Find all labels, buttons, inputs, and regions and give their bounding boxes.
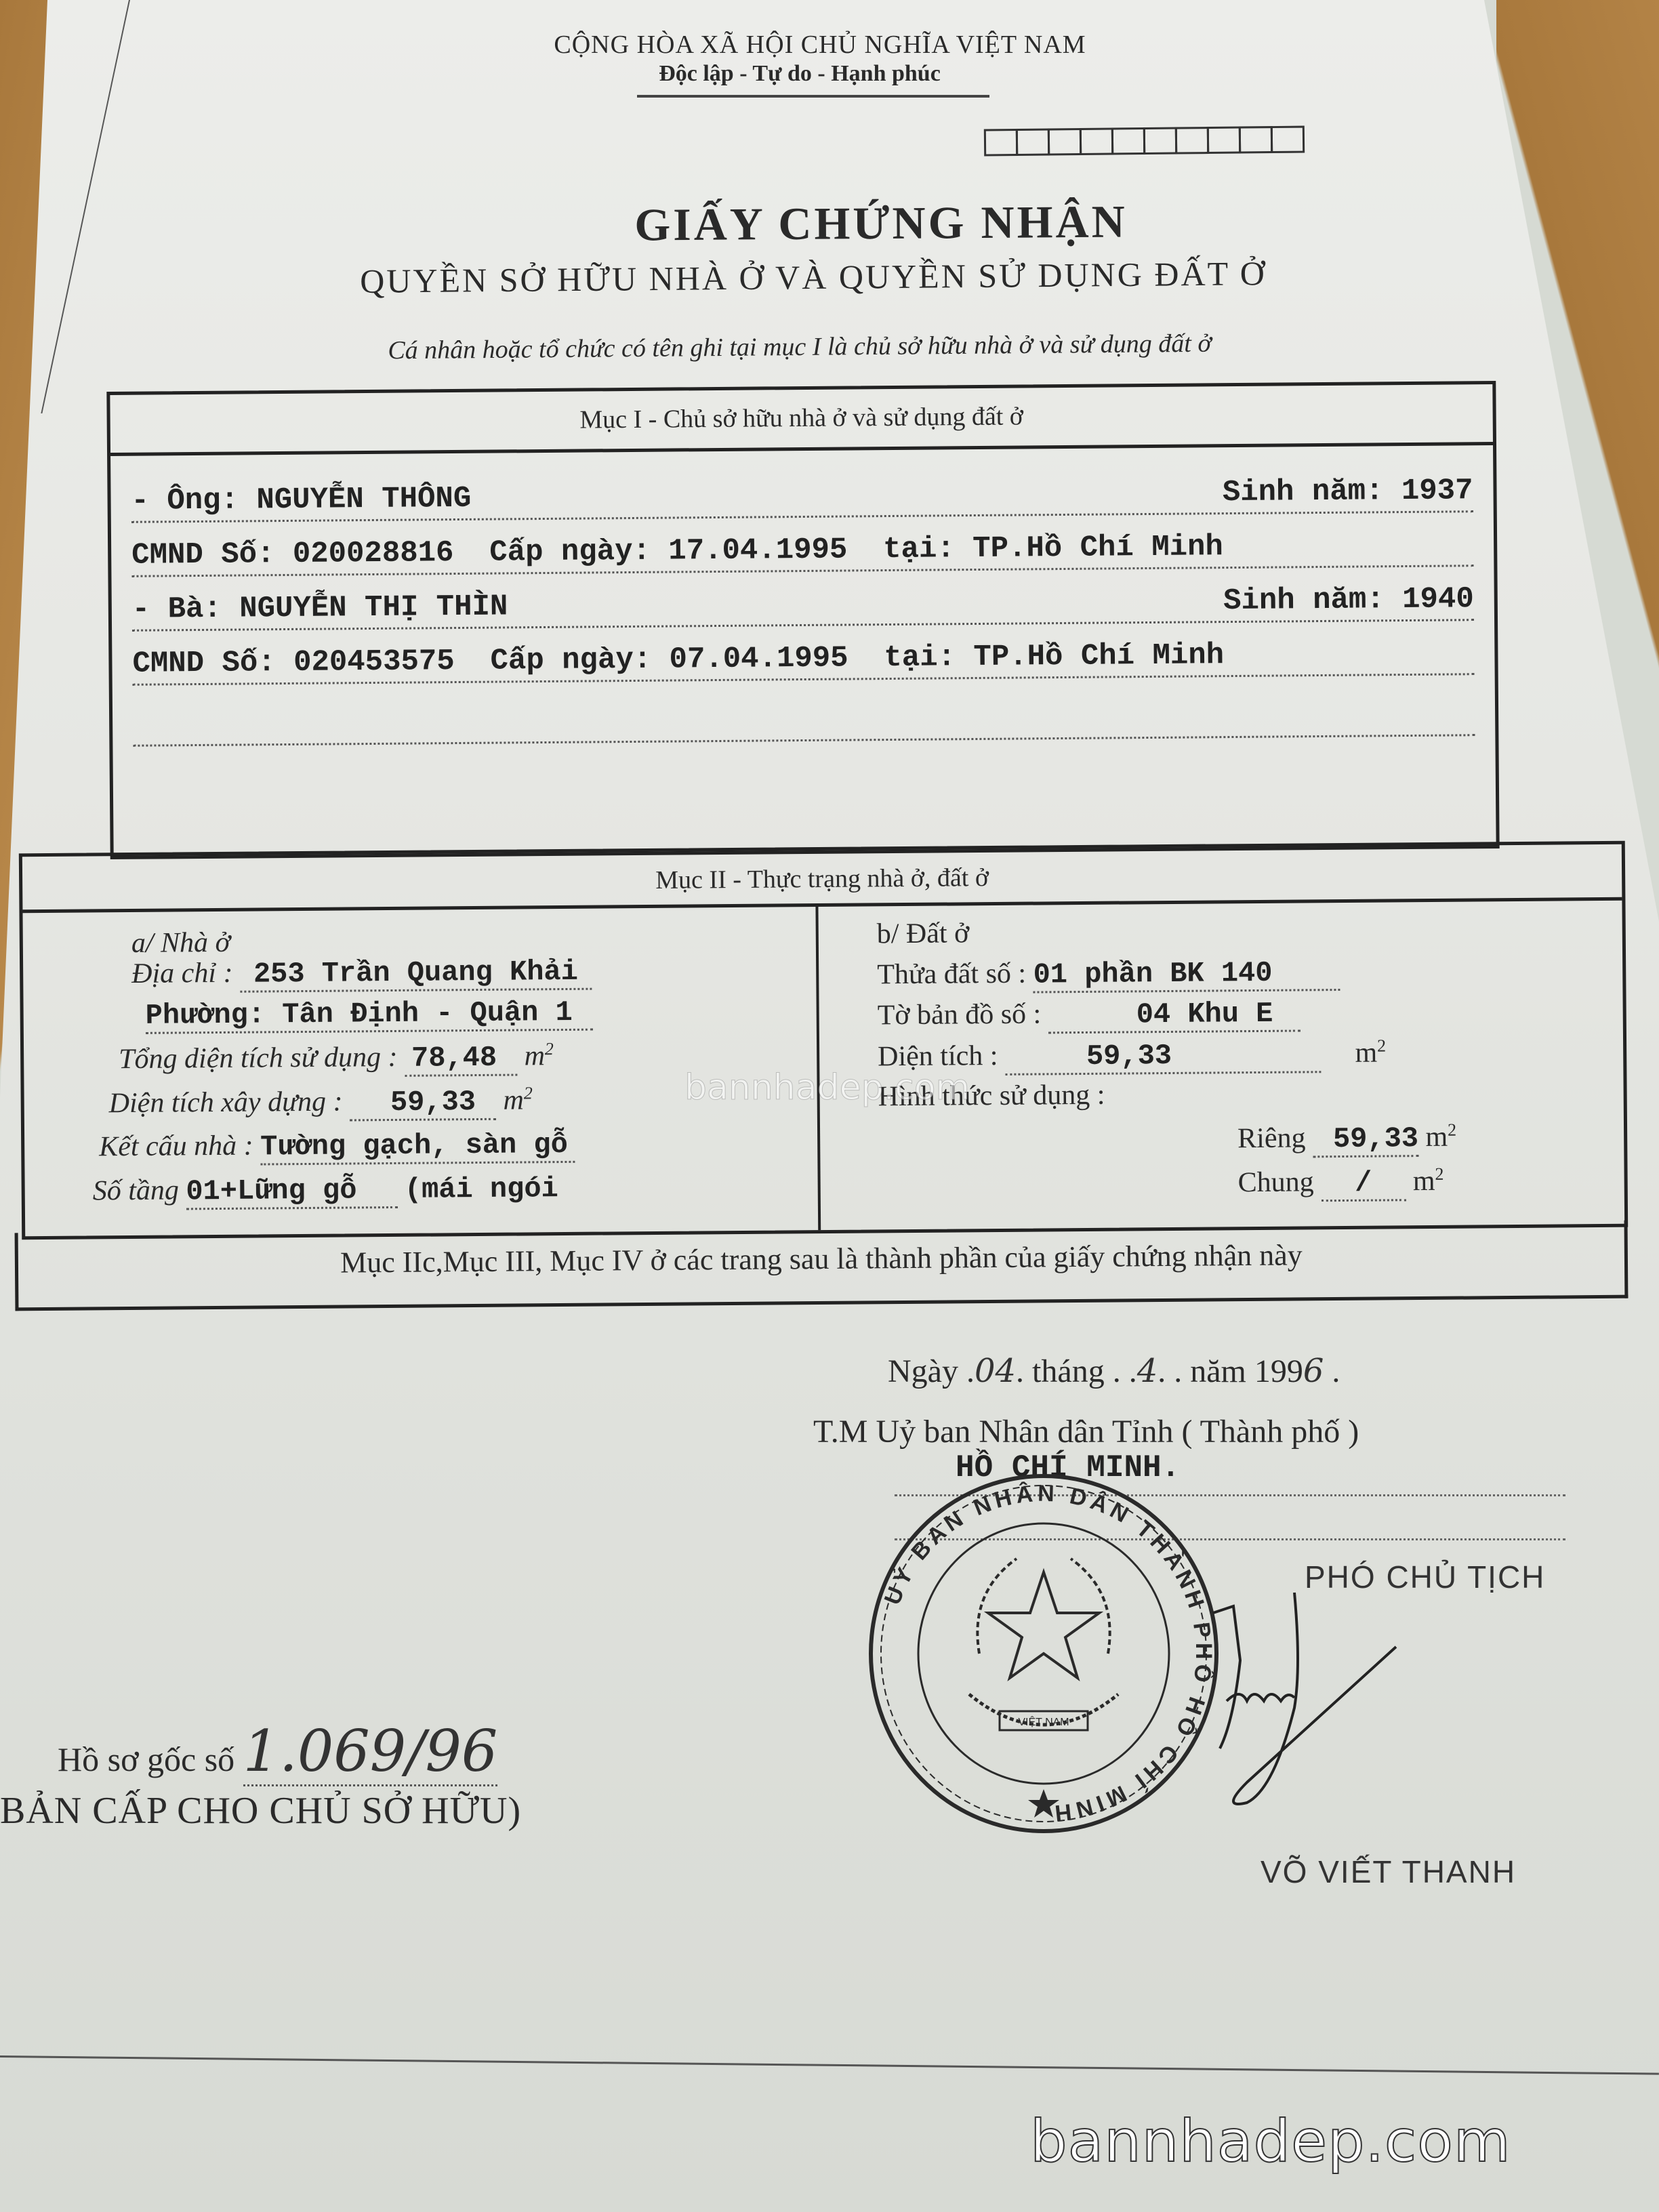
section-owners: Mục I - Chủ sở hữu nhà ở và sử dụng đất … xyxy=(106,381,1499,859)
owner-1-id: CMND Số: 020028816 Cấp ngày: 17.04.1995 … xyxy=(131,530,1223,573)
private-label: Riêng xyxy=(1237,1122,1306,1154)
section-owners-heading: Mục I - Chủ sở hữu nhà ở và sử dụng đất … xyxy=(110,398,1493,438)
structure-label: Kết cấu nhà : xyxy=(99,1130,253,1163)
issue-year-digit: 6 xyxy=(1303,1352,1324,1390)
floors-label: Số tầng xyxy=(93,1174,180,1206)
record-number-value: 1.069/96 xyxy=(243,1718,498,1786)
unit: m xyxy=(1425,1122,1448,1153)
owner-1-issue-date: 17.04.1995 xyxy=(668,533,847,568)
national-title: CỘNG HÒA XÃ HỘI CHỦ NGHĨA VIỆT NAM xyxy=(488,30,1152,60)
land-parcel: Thửa đất số : 01 phần BK 140 xyxy=(877,955,1340,992)
birth-label: Sinh năm: xyxy=(1223,583,1385,618)
serial-box xyxy=(1175,127,1209,155)
document-intro: Cá nhân hoặc tổ chức có tên ghi tại mục … xyxy=(203,327,1396,367)
unit: m xyxy=(1355,1038,1377,1069)
shared-area-value: / xyxy=(1321,1166,1406,1202)
serial-box xyxy=(1143,127,1177,155)
unit-sup: 2 xyxy=(1377,1036,1386,1055)
owner-1-birth: Sinh năm: 1937 xyxy=(1223,474,1473,510)
owner-1-name-row: - Ông: NGUYỄN THÔNG Sinh năm: 1937 xyxy=(131,472,1473,523)
unit-sup: 2 xyxy=(1448,1120,1456,1140)
date-end: . xyxy=(1324,1353,1340,1389)
signer-name: VÕ VIẾT THANH xyxy=(1261,1853,1516,1890)
issue-day: 04 xyxy=(975,1352,1016,1390)
unit: m xyxy=(503,1084,524,1115)
owner-2-id-number: 020453575 xyxy=(293,644,455,680)
watermark-faint: bannhadep.com xyxy=(684,1067,970,1108)
serial-box xyxy=(1207,127,1241,155)
official-seal-icon: UỶ BAN NHÂN DÂN THÀNH PHỐ HỒ CHÍ MINH VI… xyxy=(861,1471,1227,1837)
owner-2-issue-date: 07.04.1995 xyxy=(669,641,848,676)
land-map: Tờ bản đồ số : 04 Khu E xyxy=(878,996,1300,1033)
issue-label: Cấp ngày: xyxy=(490,643,651,678)
total-area-label: Tổng diện tích sử dụng : xyxy=(119,1042,398,1075)
section-note: Mục IIc,Mục III, Mục IV ở các trang sau … xyxy=(15,1221,1629,1311)
serial-box xyxy=(984,129,1018,157)
motto-underline xyxy=(637,95,989,98)
serial-box xyxy=(1016,128,1050,156)
day-label: Ngày . xyxy=(888,1353,975,1389)
issue-date: Ngày .04. tháng . .4. . năm 1996 . xyxy=(888,1352,1340,1390)
owner-1-name: - Ông: NGUYỄN THÔNG xyxy=(131,482,471,518)
roof-value: (mái ngói xyxy=(405,1172,558,1206)
id-label: CMND Số: xyxy=(131,537,275,573)
serial-number-boxes xyxy=(986,126,1305,157)
national-motto: Độc lập - Tự do - Hạnh phúc xyxy=(596,61,1003,87)
land-heading: b/ Đất ở xyxy=(877,917,970,950)
issuing-authority: T.M Uỷ ban Nhân dân Tỉnh ( Thành phố ) xyxy=(813,1413,1359,1450)
unit-sup: 2 xyxy=(524,1083,533,1103)
map-value: 04 Khu E xyxy=(1048,997,1300,1033)
serial-box xyxy=(1048,128,1082,156)
house-built-area: Diện tích xây dựng : 59,33 m2 xyxy=(109,1083,533,1121)
unit: m xyxy=(1413,1166,1435,1197)
section-note-text: Mục IIc,Mục III, Mục IV ở các trang sau … xyxy=(18,1235,1624,1283)
owner-2-id-row: CMND Số: 020453575 Cấp ngày: 07.04.1995 … xyxy=(132,635,1474,686)
blank-row xyxy=(133,696,1475,747)
certificate-page: CỘNG HÒA XÃ HỘI CHỦ NGHĨA VIỆT NAM Độc l… xyxy=(0,0,1659,2212)
signature-icon xyxy=(1206,1586,1491,1830)
owner-2-birth: Sinh năm: 1940 xyxy=(1223,582,1474,618)
land-shared: Chung / m2 xyxy=(1237,1164,1443,1200)
serial-box xyxy=(1080,127,1113,155)
document-subtitle: QUYỀN SỞ HỮU NHÀ Ở VÀ QUYỀN SỬ DỤNG ĐẤT … xyxy=(203,252,1423,302)
map-label: Tờ bản đồ số : xyxy=(878,998,1042,1031)
year-label: . . năm 199 xyxy=(1158,1353,1303,1389)
ward-value: Phường: Tân Định - Quận 1 xyxy=(145,996,592,1034)
built-area-label: Diện tích xây dựng : xyxy=(109,1086,343,1120)
serial-box xyxy=(1111,127,1145,155)
svg-text:VIỆT NAM: VIỆT NAM xyxy=(1018,1715,1069,1728)
id-label: CMND Số: xyxy=(132,646,276,681)
record-label: Hồ sơ gốc số xyxy=(58,1740,234,1778)
house-address: Địa chỉ : 253 Trần Quang Khải xyxy=(131,954,592,991)
built-area-value: 59,33 xyxy=(350,1086,496,1122)
owner-2-id: CMND Số: 020453575 Cấp ngày: 07.04.1995 … xyxy=(132,638,1224,681)
month-label: . tháng . . xyxy=(1016,1353,1137,1389)
unit-sup: 2 xyxy=(545,1039,554,1059)
issue-month: 4 xyxy=(1137,1352,1158,1390)
divider xyxy=(110,442,1493,456)
land-private: Riêng 59,33 m2 xyxy=(1237,1120,1456,1157)
issue-label: Cấp ngày: xyxy=(489,535,651,570)
address-value: 253 Trần Quang Khải xyxy=(240,956,592,993)
owner-1-id-number: 020028816 xyxy=(293,536,454,571)
owner-2-name: - Bà: NGUYỄN THỊ THÌN xyxy=(132,590,508,626)
owner-2-name-row: - Bà: NGUYỄN THỊ THÌN Sinh năm: 1940 xyxy=(132,581,1474,632)
serial-box xyxy=(1239,126,1273,154)
copy-note: BẢN CẤP CHO CHỦ SỞ HỮU) xyxy=(0,1789,521,1832)
floors-value: 01+Lững gỗ xyxy=(186,1174,397,1210)
section-property-heading: Mục II - Thực trạng nhà ở, đất ở xyxy=(22,858,1622,901)
divider xyxy=(22,897,1622,914)
owner-2-birth-year: 1940 xyxy=(1402,582,1474,617)
owner-1-issue-place: TP.Hồ Chí Minh xyxy=(972,530,1223,566)
total-area-value: 78,48 xyxy=(405,1042,517,1077)
unit-sup: 2 xyxy=(1435,1164,1443,1184)
serial-box xyxy=(1271,126,1305,154)
page-bottom-line xyxy=(0,2055,1659,2075)
house-ward: Phường: Tân Định - Quận 1 xyxy=(145,995,592,1032)
document-title: GIẤY CHỨNG NHẬN xyxy=(420,193,1343,253)
owner-2-issue-place: TP.Hồ Chí Minh xyxy=(973,638,1224,674)
house-structure: Kết cấu nhà : Tường gạch, sàn gỗ xyxy=(99,1127,575,1165)
record-number: Hồ sơ gốc số 1.069/96 xyxy=(58,1718,497,1784)
house-total-area: Tổng diện tích sử dụng : 78,48 m2 xyxy=(119,1039,554,1077)
shared-label: Chung xyxy=(1237,1166,1313,1198)
structure-value: Tường gạch, sàn gỗ xyxy=(260,1128,575,1166)
birth-label: Sinh năm: xyxy=(1223,474,1384,510)
place-label: tại: xyxy=(883,532,955,567)
house-floors: Số tầng 01+Lững gỗ (mái ngói xyxy=(93,1171,558,1208)
address-label: Địa chỉ : xyxy=(131,958,233,989)
page-margin-line xyxy=(41,0,130,413)
house-heading: a/ Nhà ở xyxy=(131,926,230,960)
place-label: tại: xyxy=(884,640,956,675)
owner-1-birth-year: 1937 xyxy=(1401,474,1473,508)
owner-1-id-row: CMND Số: 020028816 Cấp ngày: 17.04.1995 … xyxy=(131,527,1473,577)
area-value: 59,33 xyxy=(1005,1038,1321,1076)
parcel-value: 01 phần BK 140 xyxy=(1033,956,1340,994)
watermark: bannhadep.com xyxy=(1030,2108,1511,2175)
section-property: Mục II - Thực trạng nhà ở, đất ở a/ Nhà … xyxy=(19,841,1628,1240)
unit: m xyxy=(524,1040,545,1071)
private-area-value: 59,33 xyxy=(1313,1122,1418,1158)
parcel-label: Thửa đất số : xyxy=(877,958,1026,991)
